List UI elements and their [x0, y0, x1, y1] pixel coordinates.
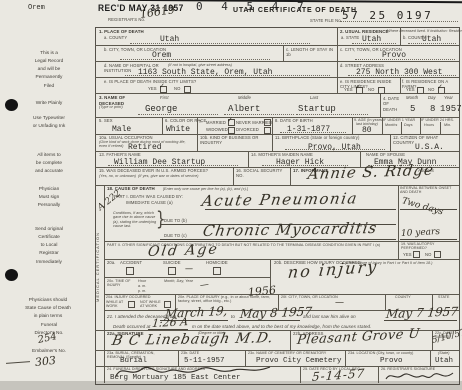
married-label: MARRIED	[206, 120, 226, 125]
attended-to-line	[238, 320, 300, 321]
age-value: 80	[362, 126, 372, 135]
attended-line2-post: m on the date stated above, and to the b…	[192, 324, 372, 330]
cemetery-location-label: 23d. LOCATION (City, town, or county)	[348, 351, 422, 355]
embalmer-no-value: 303	[34, 354, 56, 369]
usual-residence-note: (Where deceased lived. If institution: R…	[340, 29, 462, 33]
no-label: NO	[368, 87, 374, 92]
margin-orem: Orem	[28, 4, 45, 12]
widowed-checkbox[interactable]	[228, 127, 235, 134]
cause-a-line	[205, 209, 396, 210]
birthplace-label: 11. BIRTHPLACE (State or foreign country…	[275, 135, 359, 140]
under-24-hrs-label: IF UNDER 24 HRS.	[421, 118, 454, 122]
fill-line	[348, 75, 456, 76]
hole-punch-bottom	[5, 269, 18, 281]
armed-forces-note2: (If yes, give war or dates of service)	[138, 174, 199, 178]
fill-line	[138, 114, 218, 115]
cause-c-line	[160, 239, 396, 240]
certificate-title: UTAH CERTIFICATE OF DEATH	[233, 7, 357, 14]
part1-label: PART I. DEATH WAS CAUSED BY:	[114, 194, 183, 199]
cause-of-death-note: [Enter only one cause per line for (a), …	[163, 187, 248, 191]
spouse-name-label: NAME OF SPOUSE	[366, 152, 405, 157]
hours-label: Hours	[424, 123, 434, 127]
grid-line	[248, 151, 249, 167]
attended-line1-post: and last saw him alive on	[303, 314, 356, 320]
armed-forces-note1: (Yes, no, or unknown)	[99, 174, 136, 178]
fill-line	[352, 43, 396, 44]
attended-to-word: to	[231, 314, 235, 320]
day-label: Day	[428, 95, 436, 100]
accident-checkbox[interactable]	[126, 267, 134, 275]
sex-label: 5. SEX	[99, 118, 113, 123]
residence-state-label: a. STATE	[341, 35, 359, 40]
pm-label: p. m.	[138, 289, 147, 293]
never-married-checkbox[interactable]	[264, 119, 271, 126]
injury-occurred-label: 20d. INJURY OCCURRED	[106, 295, 151, 299]
middle-label: Middle	[238, 95, 251, 100]
hour-label: Hour	[138, 279, 146, 283]
burial-date-label: 23b. DATE	[181, 351, 199, 355]
grid-line	[300, 366, 301, 383]
last-alive-value: May 7 1957	[385, 304, 458, 321]
homicide-label: HOMICIDE	[206, 260, 228, 265]
interval-c-value: 10 years	[401, 227, 440, 239]
yes-label: YES	[148, 86, 157, 91]
birthplace-value: Provo, Utah	[308, 143, 361, 152]
first-name-value: George	[145, 104, 177, 114]
widowed-label: WIDOWED	[206, 127, 228, 132]
grid-line	[95, 61, 459, 62]
grid-line	[233, 167, 234, 185]
first-label: First	[160, 95, 169, 100]
cemetery-state-label: (State)	[438, 351, 450, 355]
grid-line	[378, 366, 379, 383]
fill-line	[130, 43, 310, 44]
grid-line	[352, 117, 353, 134]
conditions-note: Conditions, if any, which gave rise to a…	[113, 211, 157, 229]
am-label: a. m.	[138, 284, 147, 288]
grid-line	[104, 277, 270, 278]
grid-line	[430, 350, 431, 366]
no-accident-dash: —	[185, 264, 193, 273]
grid-line	[283, 45, 284, 61]
divorced-checkbox[interactable]	[264, 127, 271, 134]
fill-line	[125, 75, 330, 76]
grid-line	[401, 122, 402, 134]
death-limits-no-checkbox[interactable]	[184, 86, 191, 93]
fill-line	[355, 59, 455, 60]
margin-write-plainly: Write Plainly	[10, 100, 88, 108]
autopsy-yes-checkbox[interactable]	[413, 251, 420, 258]
homicide-checkbox[interactable]	[213, 267, 221, 275]
grid-line	[400, 77, 401, 93]
race-value: White	[166, 125, 190, 134]
occupation-value: Retired	[128, 143, 162, 152]
county-label: a. COUNTY	[104, 35, 127, 40]
physician-signature: B C Linebaugh M.D.	[110, 330, 275, 349]
death-year-value: 1957	[440, 104, 462, 114]
grid-line	[398, 185, 399, 259]
grid-line	[95, 45, 459, 46]
cause-c-value: Chronic Myocarditis	[202, 219, 379, 240]
immediate-cause-label: IMMEDIATE CAUSE (a)	[126, 200, 173, 205]
not-while-at-work-label: NOT WHILE AT WORK	[140, 300, 161, 309]
margin-physician-sign: Physician Must sign Personally	[10, 186, 88, 210]
cemetery-label: 23c. NAME OF CEMETERY OR CREMATORY	[248, 351, 338, 355]
fill-line	[285, 149, 385, 150]
funeral-director-no-value: 254	[37, 331, 58, 346]
length-of-stay-label: c. LENGTH OF STAY IN 1b	[286, 47, 334, 58]
grid-line	[380, 93, 381, 117]
armed-forces-label: 15. WAS DECEASED EVER IN U.S. ARMED FORC…	[99, 168, 229, 173]
margin-send-original: Send original Certificate to Local Regis…	[10, 226, 88, 267]
due-to-c-label: DUE TO (c)	[164, 233, 187, 238]
last-label: Last	[310, 95, 318, 100]
date-of-death-label: 4. DATE OF DEATH	[383, 96, 403, 112]
mother-name-label: 14. MOTHER'S MAIDEN NAME	[251, 152, 313, 157]
time-injury-dash: —	[199, 280, 209, 291]
interval-c-line	[400, 239, 457, 240]
state-file-underline	[340, 21, 458, 22]
grid-line	[440, 122, 441, 134]
item7-number: 7.	[199, 119, 203, 124]
death-month-value: 5	[410, 104, 415, 114]
under-1-year-label: IF UNDER 1 YEAR	[383, 118, 415, 122]
married-mark: ✓	[227, 116, 233, 124]
cause-a-value: Acute Pneumonia	[201, 189, 360, 210]
no-label: NO	[428, 87, 434, 92]
last-name-value: Startup	[298, 104, 336, 114]
fill-line	[280, 132, 346, 133]
state-file-no-label: STATE FILE No.	[310, 18, 342, 23]
death-certificate-scan: Orem This is a Legal Record and will be …	[0, 0, 462, 390]
year-label: Year	[444, 95, 453, 100]
while-at-work-checkbox[interactable]	[128, 301, 135, 308]
grid-line	[290, 330, 291, 350]
death-time-value: 1:26 A	[151, 315, 188, 330]
yes-label: YES	[406, 87, 415, 92]
type-or-print-note: (Type or print)	[99, 105, 123, 109]
date-of-birth-label: 8. DATE OF BIRTH	[275, 118, 313, 123]
injury-city-dash: —	[335, 298, 344, 308]
while-at-work-label: WHILE AT WORK	[106, 300, 123, 309]
divorced-label: DIVORCED	[236, 127, 259, 132]
grid-line	[104, 185, 105, 383]
min-label: Min.	[444, 123, 451, 127]
embalmer-dash	[6, 361, 30, 364]
cemetery-location-value: Provo	[380, 357, 403, 365]
grid-line	[345, 350, 346, 366]
part2-value: Old Age	[147, 241, 220, 260]
no-label: NO	[425, 252, 431, 257]
sex-value: Male	[112, 125, 131, 134]
hospital-note: (If not in hospital, give street address…	[168, 63, 232, 67]
father-name-label: 13. FATHER'S NAME	[99, 152, 141, 157]
margin-plain-terms: Physicians should State Cause of Death i…	[4, 297, 92, 321]
death-limits-yes-mark: ✓	[159, 82, 165, 90]
fill-line	[120, 59, 270, 60]
months-label: Months	[385, 123, 397, 127]
margin-all-items: All items to be complete and accurate	[10, 152, 88, 176]
due-to-b-label: DUE TO (b)	[164, 218, 187, 223]
time-of-injury-label: 20c. TIME OF INJURY	[107, 279, 131, 288]
yes-label: YES	[403, 252, 412, 257]
injury-state-label: STATE	[438, 295, 450, 299]
death-day-value: 8	[430, 104, 435, 114]
citizen-value: U.S.A.	[415, 143, 444, 152]
place-of-death-label: 1. PLACE OF DEATH	[99, 29, 144, 35]
item20a-number: 20a.	[107, 260, 116, 265]
attended-line2-pre: Death occurred at	[113, 324, 150, 330]
grid-line	[95, 93, 459, 94]
grid-line	[337, 27, 338, 93]
suicide-label: SUICIDE	[163, 260, 181, 265]
yes-label: YES	[344, 87, 353, 92]
fill-line	[408, 43, 456, 44]
residence-limits-no-checkbox[interactable]	[378, 87, 385, 94]
autopsy-label: 19. WAS AUTOPSY PERFORMED?	[401, 242, 451, 251]
fill-line	[224, 114, 294, 115]
year-1956-annotation: 1956	[247, 284, 276, 299]
attended-to-value: May 8 1957	[239, 304, 312, 321]
injury-city-label: 20f. CITY, TOWN, OR LOCATION	[281, 295, 338, 299]
accident-label: ACCIDENT	[120, 260, 142, 265]
days-label: Days	[404, 123, 413, 127]
no-label: NO	[174, 86, 180, 91]
fill-line	[296, 114, 368, 115]
margin-legal-record: This is a Legal Record and will be Perma…	[10, 50, 88, 91]
grid-line	[390, 134, 391, 151]
industry-label: 10b. KIND OF BUSINESS OR INDUSTRY	[200, 135, 266, 146]
grid-line	[290, 167, 291, 185]
last-alive-line	[384, 320, 457, 321]
grid-line	[95, 77, 459, 78]
margin-use-typewriter: Use Typewriter or Unfading Ink	[10, 115, 88, 131]
ssn-label: 16. SOCIAL SECURITY NO.	[236, 168, 286, 179]
fill-line	[108, 165, 238, 166]
death-city-limits-label: e. IS PLACE OF DEATH INSIDE CITY LIMITS?	[104, 79, 196, 84]
month-label: Month	[406, 95, 418, 100]
interval-header: INTERVAL BETWEEN ONSET AND DEATH	[400, 186, 452, 195]
suicide-checkbox[interactable]	[168, 267, 176, 275]
death-time-line	[148, 329, 188, 330]
month-day-year-label: Month, Day, Year	[164, 279, 193, 283]
injury-county-label: COUNTY	[395, 295, 411, 299]
middle-name-value: Albert	[228, 104, 260, 114]
autopsy-no-checkbox[interactable]	[434, 251, 441, 258]
cemetery-state-value: Utah	[435, 357, 453, 365]
interval-a-line	[400, 209, 457, 210]
registrar-signature	[383, 369, 457, 383]
residence-limits-yes-mark: ✓	[355, 83, 361, 91]
funeral-director-signature	[112, 362, 282, 380]
grid-line	[162, 117, 163, 134]
farm-no-mark: ✓	[437, 83, 443, 91]
farm-yes-checkbox[interactable]	[417, 87, 424, 94]
